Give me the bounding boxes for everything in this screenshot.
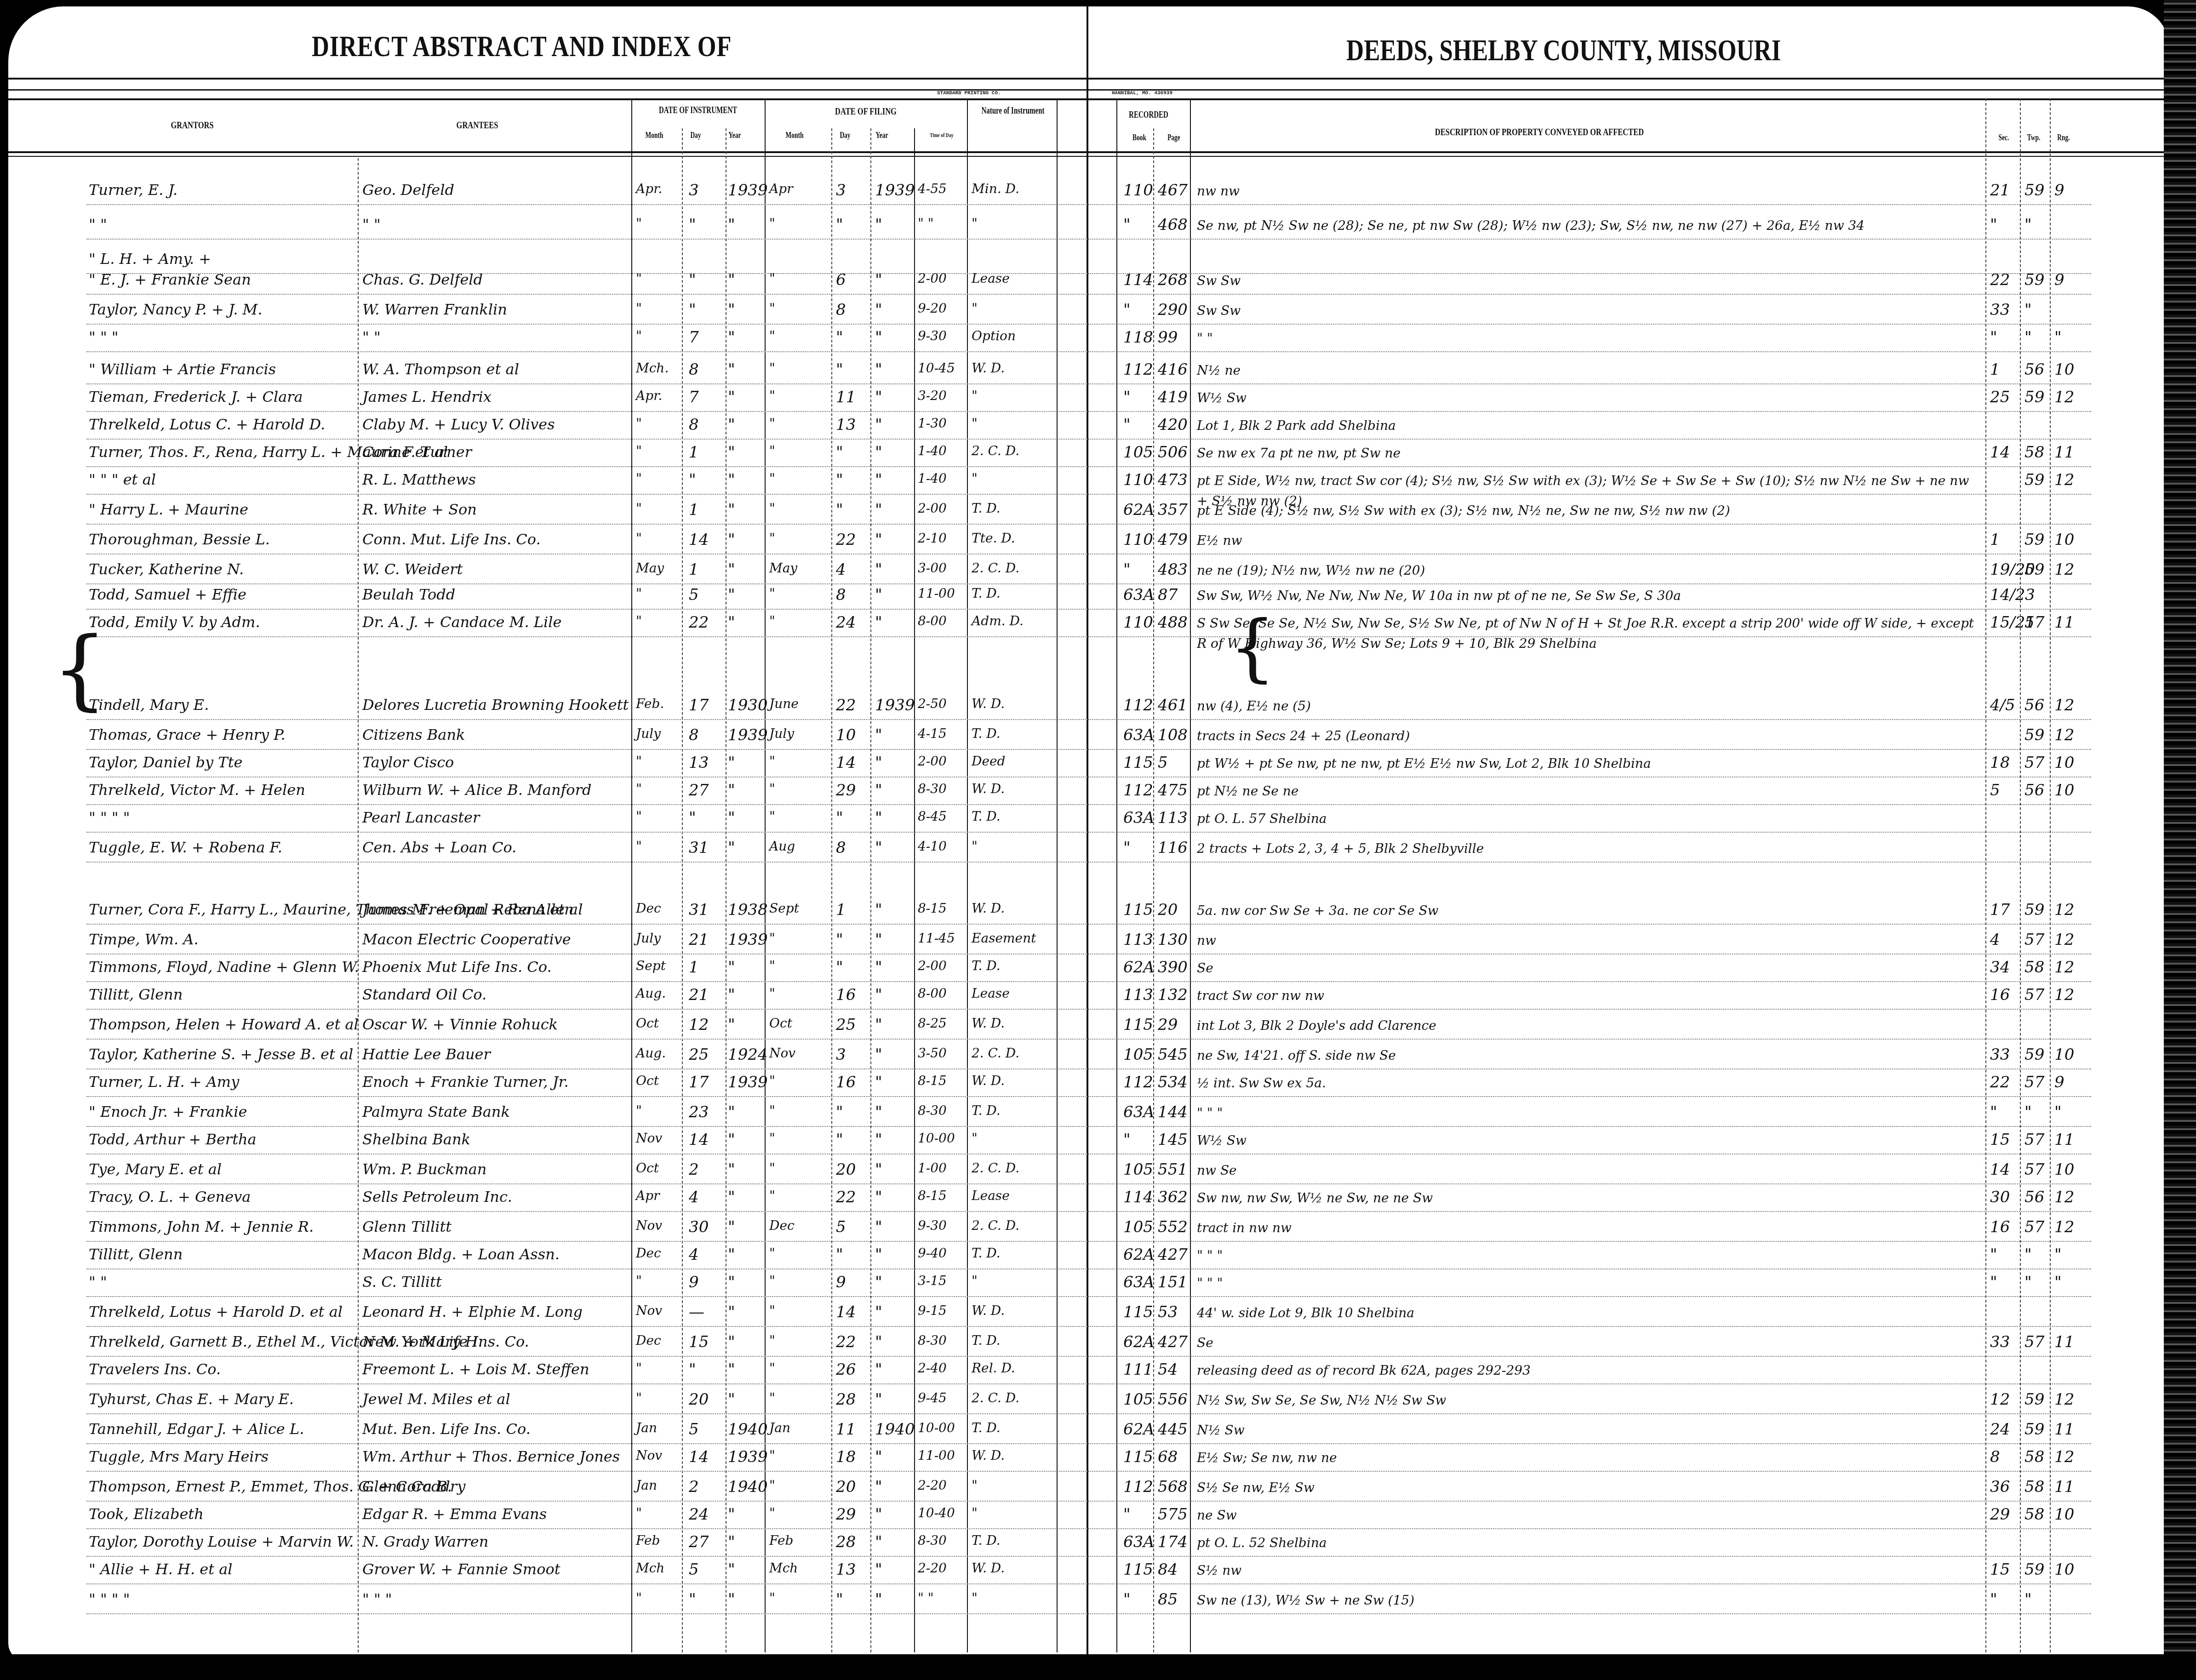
grantee-cell: Oscar W. + Vinnie Rohuck [362, 1016, 558, 1033]
grantee-cell: " " [362, 328, 381, 346]
filing-month-cell: " [769, 1303, 775, 1318]
filing-month-cell: Mch [769, 1560, 798, 1576]
twp-cell: 56 [2024, 1188, 2044, 1206]
description-cell: ne ne (19); N½ nw, W½ nw ne (20) [1197, 560, 1425, 581]
time-cell: 8-15 [918, 1073, 947, 1088]
header-rule-bottom [8, 151, 2169, 153]
col-line [2050, 98, 2051, 1652]
rng-cell: 11 [2054, 613, 2074, 632]
description-cell: pt O. L. 52 Shelbina [1197, 1533, 1327, 1553]
page-cell: 113 [1158, 809, 1188, 827]
grantor-cell: Travelers Ins. Co. [89, 1360, 221, 1378]
inst-month-cell: " [636, 1360, 642, 1376]
grantee-cell: R. L. Matthews [362, 471, 476, 488]
grantee-cell: Wm. P. Buckman [362, 1160, 486, 1178]
page-cell: 362 [1158, 1188, 1188, 1206]
nature-cell: 2. C. D. [972, 1390, 1019, 1406]
inst-month-cell: Apr. [636, 388, 662, 403]
nature-cell: Lease [972, 271, 1010, 286]
grantee-cell: Glenn Tillitt [362, 1218, 452, 1235]
grantor-cell: Thompson, Helen + Howard A. et al [89, 1016, 359, 1033]
grantee-cell: Standard Oil Co. [362, 986, 486, 1003]
nature-cell: Lease [972, 986, 1010, 1001]
book-cell: 110 [1123, 181, 1153, 200]
nature-cell: " [972, 301, 978, 316]
page-cell: 479 [1158, 531, 1188, 549]
row-rule [86, 1443, 2091, 1444]
inst-day-cell: 31 [689, 839, 709, 857]
ledger-page: DIRECT ABSTRACT AND INDEX OF DEEDS, SHEL… [8, 6, 2169, 1662]
row-rule [86, 439, 2091, 440]
twp-cell: 59 [2024, 901, 2044, 919]
filing-day-cell: 13 [836, 416, 856, 434]
nature-cell: W. D. [972, 696, 1005, 711]
filing-day-cell: 3 [836, 181, 846, 200]
nature-cell: " [972, 1505, 978, 1520]
inst-day-cell: 24 [689, 1505, 709, 1524]
grantor-cell: " L. H. + Amy. + [89, 250, 211, 268]
twp-cell: " [2024, 1246, 2032, 1264]
book-cell: 113 [1123, 931, 1153, 949]
inst-month-cell: Mch. [636, 360, 669, 376]
time-cell: 10-45 [918, 360, 955, 376]
col-nature: Nature of Instrument [978, 105, 1047, 116]
nature-cell: W. D. [972, 1448, 1005, 1463]
nature-cell: " [972, 216, 978, 231]
grantee-cell: Macon Electric Cooperative [362, 931, 571, 948]
book-cell: 105 [1123, 1218, 1153, 1236]
twp-cell: " [2024, 301, 2032, 319]
grantee-cell: R. White + Son [362, 501, 477, 518]
rng-cell: 10 [2054, 531, 2074, 549]
filing-year-cell: " [875, 931, 882, 949]
sec-cell: 8 [1990, 1448, 2000, 1466]
rng-cell: 10 [2054, 1046, 2074, 1064]
filing-month-cell: " [769, 1590, 775, 1606]
description-cell: nw nw [1197, 181, 1240, 201]
sec-cell: 22 [1990, 271, 2010, 289]
page-cell: 20 [1158, 901, 1178, 919]
time-cell: 10-00 [918, 1420, 955, 1435]
filing-month-cell: " [769, 1131, 775, 1146]
description-cell: ½ int. Sw Sw ex 5a. [1197, 1073, 1326, 1093]
page-cell: 87 [1158, 586, 1178, 604]
twp-cell: 59 [2024, 271, 2044, 289]
page-cell: 552 [1158, 1218, 1188, 1236]
inst-month-cell: Dec [636, 1333, 661, 1348]
book-cell: 110 [1123, 531, 1153, 549]
twp-cell: " [2024, 1273, 2032, 1291]
inst-day-cell: 22 [689, 613, 709, 632]
page-cell: 268 [1158, 271, 1188, 289]
col-page: Page [1164, 133, 1184, 143]
inst-day-cell: 30 [689, 1218, 709, 1236]
filing-year-cell: " [875, 1303, 882, 1321]
sec-cell: 18 [1990, 754, 2010, 772]
brace-mark: { [52, 618, 108, 720]
inst-month-cell: " [636, 1590, 642, 1606]
book-cell: 110 [1123, 471, 1153, 489]
nature-cell: Option [972, 328, 1016, 343]
inst-month-cell: Oct [636, 1160, 659, 1176]
grantor-cell: Tuggle, Mrs Mary Heirs [89, 1448, 269, 1465]
sec-cell: " [1990, 1103, 1997, 1121]
description-cell: pt W½ + pt Se nw, pt ne nw, pt E½ E½ nw … [1197, 754, 1651, 774]
rng-cell: 10 [2054, 360, 2074, 379]
row-rule [86, 832, 2091, 833]
inst-month-cell: Apr [636, 1188, 660, 1203]
filing-year-cell: " [875, 301, 882, 319]
grantor-cell: Taylor, Katherine S. + Jesse B. et al [89, 1046, 353, 1063]
row-rule [86, 324, 2091, 325]
grantee-cell: Dr. A. J. + Candace M. Lile [362, 613, 561, 631]
page-cell: 99 [1158, 328, 1178, 347]
description-cell: E½ Sw; Se nw, nw ne [1197, 1448, 1337, 1468]
time-cell: 11-45 [918, 931, 955, 946]
description-cell: Sw Sw, W½ Nw, Ne Nw, Nw Ne, W 10a in nw … [1197, 586, 1681, 606]
inst-month-cell: May [636, 560, 664, 576]
inst-year-cell: " [728, 958, 735, 977]
nature-cell: Easement [972, 931, 1036, 946]
filing-month-cell: " [769, 388, 775, 403]
scan-shadow [0, 1654, 2196, 1680]
inst-day-cell: 27 [689, 1533, 709, 1551]
rng-cell: 9 [2054, 1073, 2064, 1091]
book-cell: 62A [1123, 1420, 1155, 1439]
inst-month-cell: Oct [636, 1073, 659, 1088]
nature-cell: T. D. [972, 1246, 1001, 1261]
filing-day-cell: " [836, 809, 843, 827]
rng-cell: " [2054, 328, 2062, 347]
row-rule [86, 609, 2091, 610]
time-cell: 9-20 [918, 301, 947, 316]
time-cell: 2-50 [918, 696, 947, 711]
sec-cell: 14 [1990, 443, 2010, 462]
inst-month-cell: " [636, 216, 642, 231]
row-rule [86, 239, 2091, 240]
grantor-cell: " " [89, 216, 107, 233]
col-filing-year: Year [870, 131, 894, 140]
page-cell: 506 [1158, 443, 1188, 462]
nature-cell: 2. C. D. [972, 1160, 1019, 1176]
inst-day-cell: 12 [689, 1016, 709, 1034]
nature-cell: 2. C. D. [972, 443, 1019, 458]
inst-year-cell: 1924 [728, 1046, 768, 1064]
filing-month-cell: Jan [769, 1420, 790, 1435]
inst-day-cell: 1 [689, 501, 699, 519]
inst-year-cell: " [728, 1103, 735, 1121]
grantor-cell: Taylor, Nancy P. + J. M. [89, 301, 263, 318]
filing-year-cell: " [875, 501, 882, 519]
grantor-cell: Thomas, Grace + Henry P. [89, 726, 286, 743]
description-cell: pt O. L. 57 Shelbina [1197, 809, 1327, 829]
description-cell: nw [1197, 931, 1216, 951]
inst-year-cell: " [728, 586, 735, 604]
page-cell: 29 [1158, 1016, 1178, 1034]
col-line [870, 128, 871, 1652]
time-cell: 3-50 [918, 1046, 947, 1061]
filing-day-cell: 22 [836, 1188, 856, 1206]
inst-month-cell: " [636, 754, 642, 769]
book-edge [2164, 0, 2196, 1680]
description-cell: Sw nw, nw Sw, W½ ne Sw, ne ne Sw [1197, 1188, 1433, 1208]
twp-cell: 59 [2024, 1560, 2044, 1579]
inst-year-cell: " [728, 1505, 735, 1524]
rng-cell: 12 [2054, 560, 2074, 579]
rng-cell: 9 [2054, 271, 2064, 289]
time-cell: 2-00 [918, 271, 947, 286]
description-cell: N½ Sw, Sw Se, Se Sw, N½ N½ Sw Sw [1197, 1390, 1446, 1411]
twp-cell: 58 [2024, 1448, 2044, 1466]
grantor-cell: " " " " [89, 809, 130, 826]
grantee-cell: Freemont L. + Lois M. Steffen [362, 1360, 589, 1378]
rng-cell: 12 [2054, 1448, 2074, 1466]
sec-cell: 15 [1990, 1560, 2010, 1579]
page-cell: 5 [1158, 754, 1168, 772]
filing-day-cell: " [836, 360, 843, 379]
sec-cell: 16 [1990, 986, 2010, 1004]
filing-month-cell: " [769, 1188, 775, 1203]
nature-cell: " [972, 416, 978, 431]
filing-day-cell: " [836, 1246, 843, 1264]
description-cell: " " " [1197, 1246, 1223, 1266]
inst-day-cell: 14 [689, 1448, 709, 1466]
page-cell: 145 [1158, 1131, 1188, 1149]
inst-month-cell: " [636, 531, 642, 546]
description-cell: int Lot 3, Blk 2 Doyle's add Clarence [1197, 1016, 1436, 1036]
filing-year-cell: " [875, 443, 882, 462]
inst-month-cell: " [636, 1505, 642, 1520]
filing-month-cell: " [769, 416, 775, 431]
filing-month-cell: " [769, 613, 775, 629]
filing-day-cell: 13 [836, 1560, 856, 1579]
book-cell: 62A [1123, 1333, 1155, 1351]
inst-month-cell: Aug. [636, 986, 666, 1001]
rng-cell: 12 [2054, 696, 2074, 714]
grantee-cell: Shelbina Bank [362, 1131, 470, 1148]
inst-day-cell: 17 [689, 1073, 709, 1091]
nature-cell: " [972, 388, 978, 403]
page-cell: 84 [1158, 1560, 1178, 1579]
col-book: Book [1129, 133, 1150, 143]
twp-cell: 58 [2024, 1478, 2044, 1496]
row-rule [86, 1556, 2091, 1557]
row-rule [86, 981, 2091, 982]
sec-cell: 25 [1990, 388, 2010, 406]
filing-day-cell: 18 [836, 1448, 856, 1466]
col-description: DESCRIPTION OF PROPERTY CONVEYED OR AFFE… [1367, 126, 1712, 138]
twp-cell: 57 [2024, 1073, 2044, 1091]
inst-year-cell: " [728, 1303, 735, 1321]
filing-month-cell: Oct [769, 1016, 792, 1031]
filing-day-cell: 9 [836, 1273, 846, 1291]
grantee-cell: S. C. Tillitt [362, 1273, 442, 1291]
twp-cell: " [2024, 1103, 2032, 1121]
filing-year-cell: " [875, 1505, 882, 1524]
description-cell: tract Sw cor nw nw [1197, 986, 1324, 1006]
grantor-cell: Tieman, Frederick J. + Clara [89, 388, 303, 406]
inst-year-cell: 1940 [728, 1420, 768, 1439]
book-cell: 63A [1123, 1533, 1155, 1551]
nature-cell: " [972, 471, 978, 486]
grantor-cell: Todd, Samuel + Effie [89, 586, 246, 603]
book-cell: 105 [1123, 1160, 1153, 1179]
filing-year-cell: " [875, 1273, 882, 1291]
inst-month-cell: Mch [636, 1560, 664, 1576]
inst-month-cell: " [636, 1390, 642, 1406]
filing-year-cell: " [875, 560, 882, 579]
time-cell: 9-30 [918, 1218, 947, 1233]
inst-day-cell: " [689, 809, 696, 827]
inst-year-cell: " [728, 1131, 735, 1149]
grantor-cell: Tillitt, Glenn [89, 986, 183, 1003]
inst-year-cell: " [728, 839, 735, 857]
rng-cell: 12 [2054, 726, 2074, 744]
grantee-cell: James M. + Opal Reba Allen [362, 901, 574, 918]
twp-cell: 57 [2024, 1218, 2044, 1236]
sec-cell: 5 [1990, 781, 2000, 800]
time-cell: 1-40 [918, 471, 947, 486]
filing-year-cell: " [875, 531, 882, 549]
time-cell: 3-15 [918, 1273, 947, 1288]
col-grantees: GRANTEES [443, 119, 512, 131]
filing-day-cell: 11 [836, 388, 856, 406]
inst-year-cell: " [728, 531, 735, 549]
page-cell: 427 [1158, 1246, 1188, 1264]
twp-cell: 59 [2024, 531, 2044, 549]
page-cell: 357 [1158, 501, 1188, 519]
time-cell: 8-30 [918, 1103, 947, 1118]
filing-month-cell: " [769, 1273, 775, 1288]
filing-month-cell: " [769, 754, 775, 769]
inst-month-cell: " [636, 301, 642, 316]
inst-day-cell: " [689, 216, 696, 234]
inst-year-cell: " [728, 754, 735, 772]
filing-day-cell: 8 [836, 586, 846, 604]
grantor-cell: " " [89, 1273, 107, 1291]
time-cell: 2-40 [918, 1360, 947, 1376]
col-time-of-day: Time of Day [923, 131, 961, 139]
filing-month-cell: " [769, 1073, 775, 1088]
book-cell: 62A [1123, 958, 1155, 977]
filing-year-cell: 1939 [875, 696, 915, 714]
description-cell: 2 tracts + Lots 2, 3, 4 + 5, Blk 2 Shelb… [1197, 839, 1484, 859]
filing-day-cell: 3 [836, 1046, 846, 1064]
grantor-cell: " " " " [89, 1590, 130, 1608]
inst-year-cell: " [728, 1390, 735, 1409]
twp-cell: 57 [2024, 1160, 2044, 1179]
grantee-cell: Enoch + Frankie Turner, Jr. [362, 1073, 569, 1091]
book-cell: 112 [1123, 781, 1153, 800]
book-cell: 63A [1123, 726, 1155, 744]
row-rule [86, 804, 2091, 805]
description-cell: releasing deed as of record Bk 62A, page… [1197, 1360, 1531, 1381]
grantor-cell: " E. J. + Frankie Sean [89, 271, 251, 288]
grantor-cell: Turner, E. J. [89, 181, 177, 199]
filing-year-cell: " [875, 1478, 882, 1496]
inst-day-cell: 1 [689, 958, 699, 977]
inst-year-cell: " [728, 1188, 735, 1206]
time-cell: " " [918, 216, 934, 231]
inst-day-cell: 7 [689, 328, 699, 347]
rng-cell: 10 [2054, 781, 2074, 800]
description-cell: nw (4), E½ ne (5) [1197, 696, 1311, 716]
description-cell: Sw Sw [1197, 301, 1241, 321]
inst-year-cell: " [728, 809, 735, 827]
row-rule [86, 411, 2091, 412]
filing-day-cell: " [836, 443, 843, 462]
filing-day-cell: " [836, 471, 843, 489]
inst-month-cell: July [636, 726, 661, 741]
grantor-cell: Tillitt, Glenn [89, 1246, 183, 1263]
inst-year-cell: " [728, 1273, 735, 1291]
inst-year-cell: " [728, 416, 735, 434]
col-line [831, 128, 832, 1652]
time-cell: 9-45 [918, 1390, 947, 1406]
nature-cell: T. D. [972, 501, 1001, 516]
filing-month-cell: " [769, 809, 775, 824]
col-rng: Rng. [2053, 133, 2074, 143]
grantee-cell: New York Life Ins. Co. [362, 1333, 529, 1350]
time-cell: 8-30 [918, 1533, 947, 1548]
inst-day-cell: 3 [689, 181, 699, 200]
time-cell: 2-00 [918, 754, 947, 769]
filing-day-cell: 22 [836, 696, 856, 714]
grantor-cell: Tannehill, Edgar J. + Alice L. [89, 1420, 304, 1438]
inst-year-cell: 1938 [728, 901, 768, 919]
sec-cell: 15 [1990, 1131, 2010, 1149]
rng-cell: " [2054, 1103, 2062, 1121]
filing-year-cell: " [875, 328, 882, 347]
inst-year-cell: " [728, 360, 735, 379]
description-cell: Se nw ex 7a pt ne nw, pt Sw ne [1197, 443, 1401, 463]
rng-cell: 10 [2054, 1505, 2074, 1524]
grantee-cell: Edgar R. + Emma Evans [362, 1505, 547, 1523]
description-cell: Se [1197, 958, 1213, 978]
grantor-cell: Timmons, John M. + Jennie R. [89, 1218, 314, 1235]
page-cell: 151 [1158, 1273, 1188, 1291]
row-rule [86, 749, 2091, 750]
row-rule [86, 383, 2091, 384]
description-cell: tract in nw nw [1197, 1218, 1292, 1238]
time-cell: 1-40 [918, 443, 947, 458]
book-cell: " [1123, 839, 1131, 857]
grantee-cell: Geo. Delfeld [362, 181, 454, 199]
filing-year-cell: " [875, 416, 882, 434]
inst-day-cell: 5 [689, 1420, 699, 1439]
row-rule [86, 1356, 2091, 1357]
book-cell: 112 [1123, 360, 1153, 379]
twp-cell: 57 [2024, 1333, 2044, 1351]
filing-day-cell: 24 [836, 613, 856, 632]
inst-day-cell: " [689, 301, 696, 319]
row-rule [86, 1471, 2091, 1472]
sec-cell: 30 [1990, 1188, 2010, 1206]
inst-year-cell: " [728, 1533, 735, 1551]
rng-cell: 9 [2054, 181, 2064, 200]
grantor-cell: Todd, Emily V. by Adm. [89, 613, 260, 631]
header-rule-2 [8, 89, 2169, 91]
filing-year-cell: " [875, 781, 882, 800]
inst-day-cell: 23 [689, 1103, 709, 1121]
page-cell: 420 [1158, 416, 1188, 434]
grantor-cell: " " " et al [89, 471, 156, 488]
sec-cell: 36 [1990, 1478, 2010, 1496]
inst-month-cell: " [636, 328, 642, 343]
sec-cell: 33 [1990, 1046, 2010, 1064]
inst-year-cell: " [728, 301, 735, 319]
nature-cell: T. D. [972, 1103, 1001, 1118]
